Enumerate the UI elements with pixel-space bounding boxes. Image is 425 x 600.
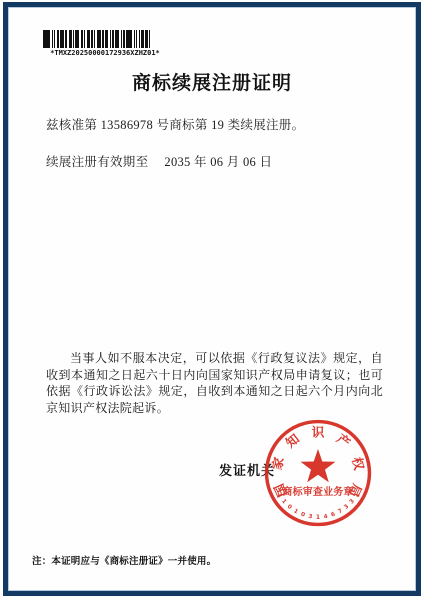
appeal-paragraph: 当事人如不服本决定，可以依据《行政复议法》规定，自收到本通知之日起六十日内向国家…: [46, 350, 383, 416]
barcode-text: *TMXZ20250000172936XZHZ01*: [43, 49, 167, 57]
footer-note-label: 注：: [32, 556, 51, 567]
svg-text:识: 识: [312, 424, 325, 440]
svg-text:1: 1: [280, 498, 287, 505]
svg-text:3: 3: [308, 514, 313, 521]
svg-text:7: 7: [337, 508, 343, 515]
svg-text:3: 3: [349, 498, 356, 505]
certificate-page: *TMXZ20250000172936XZHZ01* 商标续展注册证明 兹核准第…: [8, 7, 416, 591]
validity-line: 续展注册有效期至2035 年 06 月 06 日: [46, 152, 386, 170]
validity-date: 2035 年 06 月 06 日: [164, 155, 272, 169]
svg-text:3: 3: [343, 504, 350, 511]
svg-text:6: 6: [330, 512, 336, 519]
certificate-border-frame: *TMXZ20250000172936XZHZ01* 商标续展注册证明 兹核准第…: [3, 2, 421, 596]
svg-text:1: 1: [292, 508, 298, 515]
footer-note: 注：本证明应与《商标注册证》一并使用。: [32, 553, 388, 567]
official-seal: 国家知识产权局商标审查业务章1101031467331: [264, 419, 372, 527]
footer-note-text: 本证明应与《商标注册证》一并使用。: [51, 556, 216, 567]
barcode-block: *TMXZ20250000172936XZHZ01*: [43, 30, 193, 57]
svg-text:家: 家: [269, 455, 288, 471]
svg-text:0: 0: [300, 512, 306, 519]
barcode-graphic: [43, 30, 167, 48]
svg-text:4: 4: [323, 514, 328, 521]
svg-text:0: 0: [286, 504, 293, 511]
approval-line: 兹核准第 13586978 号商标第 19 类续展注册。: [46, 115, 386, 133]
certificate-title: 商标续展注册证明: [8, 68, 416, 95]
svg-text:1: 1: [316, 515, 320, 521]
validity-label: 续展注册有效期至: [46, 155, 148, 169]
svg-text:商标审查业务章: 商标审查业务章: [282, 485, 353, 498]
svg-text:权: 权: [348, 456, 367, 472]
